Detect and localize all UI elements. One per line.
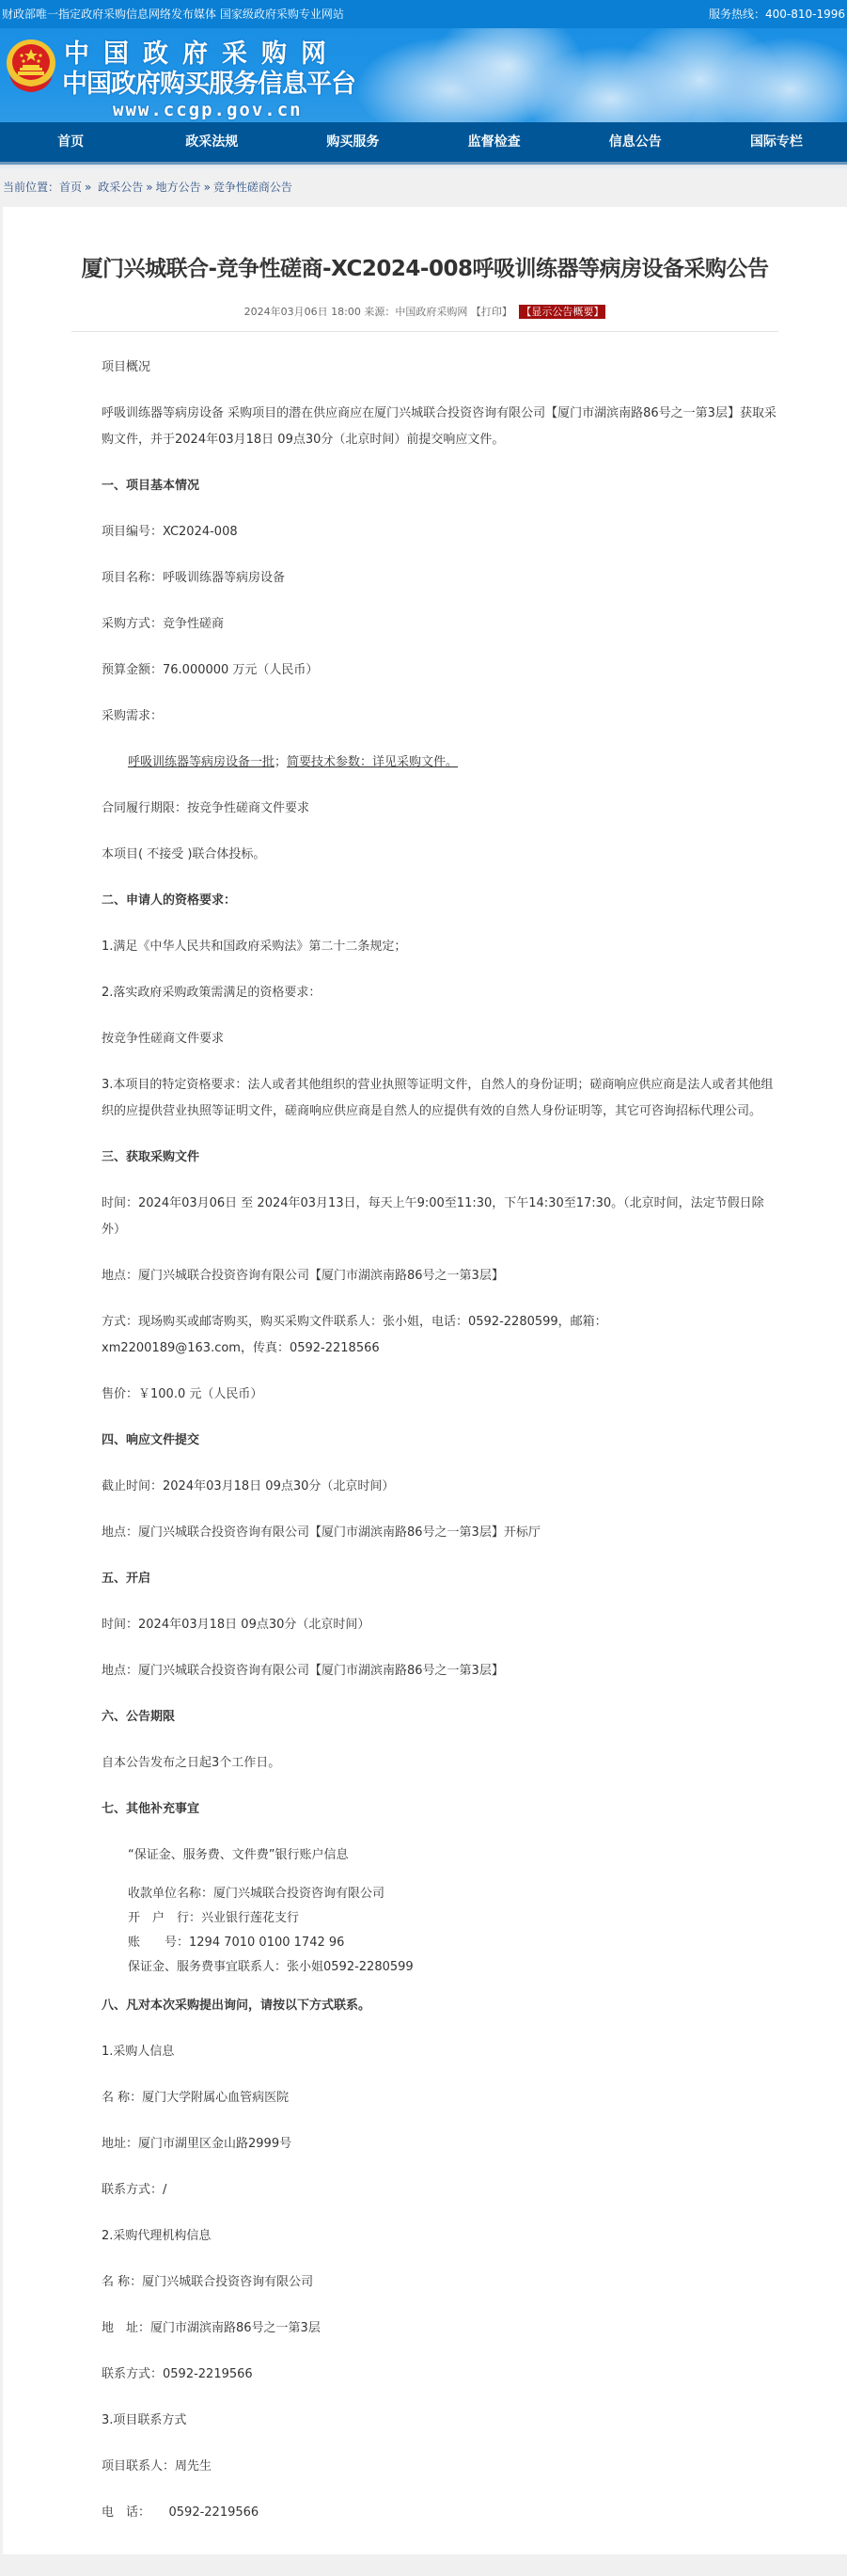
budget-amount: 预算金额：76.000000 万元（人民币） — [102, 657, 776, 684]
purchaser-address: 地址：厦门市湖里区金山路2999号 — [102, 2131, 776, 2157]
national-emblem-icon — [4, 38, 58, 96]
nav-item-regulations[interactable]: 政采法规 — [141, 121, 282, 164]
overview-text: 呼吸训练器等病房设备 采购项目的潜在供应商应在厦门兴城联合投资咨询有限公司【厦门… — [102, 401, 776, 453]
bank-info-title: “保证金、服务费、文件费”银行账户信息 — [102, 1842, 776, 1869]
article-title: 厦门兴城联合-竞争性磋商-XC2024-008呼吸训练器等病房设备采购公告 — [3, 254, 847, 284]
notice-period: 自本公告发布之日起3个工作日。 — [102, 1750, 776, 1777]
breadcrumb-gov-procurement[interactable]: 政采公告 — [98, 181, 143, 194]
main-nav: 首页 政采法规 购买服务 监督检查 信息公告 国际专栏 — [0, 122, 847, 165]
section-5-heading: 五、开启 — [102, 1566, 776, 1592]
breadcrumb-competitive-negotiation[interactable]: 竞争性磋商公告 — [213, 181, 292, 194]
obtain-method: 方式：现场购买或邮寄购买，购买采购文件联系人：张小姐，电话：0592-22805… — [102, 1309, 776, 1362]
requirements-tech-params: 简要技术参数：详见采购文件。 — [287, 755, 458, 769]
submission-deadline: 截止时间：2024年03月18日 09点30分（北京时间） — [102, 1474, 776, 1500]
overview-heading: 项目概况 — [102, 355, 776, 381]
breadcrumb-separator: » — [85, 181, 91, 194]
article-body: 项目概况 呼吸训练器等病房设备 采购项目的潜在供应商应在厦门兴城联合投资咨询有限… — [3, 355, 847, 2526]
nav-item-purchase-services[interactable]: 购买服务 — [282, 121, 423, 164]
agency-name: 名 称：厦门兴城联合投资咨询有限公司 — [102, 2269, 776, 2296]
opening-time: 时间：2024年03月18日 09点30分（北京时间） — [102, 1612, 776, 1638]
section-1-heading: 一、项目基本情况 — [102, 473, 776, 499]
article-card: 厦门兴城联合-竞争性磋商-XC2024-008呼吸训练器等病房设备采购公告 20… — [3, 207, 847, 2554]
breadcrumb-separator: » — [146, 181, 152, 194]
hotline: 服务热线：400-810-1996 — [709, 0, 845, 28]
bank-account: 账 号：1294 7010 0100 1742 96 — [102, 1931, 776, 1955]
print-link[interactable]: 【打印】 — [471, 306, 512, 318]
publish-datetime: 2024年03月06日 18:00 — [244, 306, 361, 318]
section-2-heading: 二、申请人的资格要求： — [102, 888, 776, 914]
breadcrumb-home[interactable]: 首页 — [59, 181, 82, 194]
purchaser-contact: 联系方式：/ — [102, 2177, 776, 2204]
site-banner: 中国政府采购网 中国政府购买服务信息平台 www.ccgp.gov.cn — [0, 28, 847, 122]
bank-payee: 收款单位名称：厦门兴城联合投资咨询有限公司 — [102, 1882, 776, 1906]
section-8-heading: 八、凡对本次采购提出询问，请按以下方式联系。 — [102, 1993, 776, 2019]
obtain-time: 时间：2024年03月06日 至 2024年03月13日，每天上午9:00至11… — [102, 1191, 776, 1243]
site-title: 中国政府采购网 — [64, 40, 340, 70]
project-contact-person: 项目联系人：周先生 — [102, 2454, 776, 2480]
contract-term: 合同履行期限：按竞争性磋商文件要求 — [102, 796, 776, 822]
breadcrumb-local[interactable]: 地方公告 — [156, 181, 201, 194]
article-meta: 2024年03月06日 18:00 来源：中国政府采购网 【打印】 【显示公告概… — [3, 305, 847, 320]
project-number: 项目编号：XC2024-008 — [102, 519, 776, 545]
breadcrumb: 当前位置：首页» 政采公告»地方公告»竞争性磋商公告 — [0, 165, 847, 207]
obtain-place: 地点：厦门兴城联合投资咨询有限公司【厦门市湖滨南路86号之一第3层】 — [102, 1263, 776, 1289]
top-info-bar: 财政部唯一指定政府采购信息网络发布媒体 国家级政府采购专业网站 服务热线：400… — [0, 0, 847, 28]
requirements-label: 采购需求： — [102, 703, 776, 730]
purchaser-info-heading: 1.采购人信息 — [102, 2039, 776, 2065]
qualification-2-detail: 按竞争性磋商文件要求 — [102, 1026, 776, 1052]
breadcrumb-separator: » — [204, 181, 211, 194]
agency-address: 地 址：厦门市湖滨南路86号之一第3层 — [102, 2315, 776, 2342]
bank-name: 开 户 行：兴业银行莲花支行 — [102, 1906, 776, 1931]
project-contact-phone: 电 话： 0592-2219566 — [102, 2500, 776, 2526]
document-price: 售价：￥100.0 元（人民币） — [102, 1382, 776, 1408]
qualification-1: 1.满足《中华人民共和国政府采购法》第二十二条规定； — [102, 934, 776, 960]
breadcrumb-prefix: 当前位置： — [3, 181, 59, 194]
section-7-heading: 七、其他补充事宜 — [102, 1796, 776, 1823]
nav-item-home[interactable]: 首页 — [0, 121, 141, 164]
joint-bid-policy: 本项目( 不接受 )联合体投标。 — [102, 842, 776, 868]
site-tagline: 财政部唯一指定政府采购信息网络发布媒体 国家级政府采购专业网站 — [2, 0, 344, 28]
section-6-heading: 六、公告期限 — [102, 1704, 776, 1731]
site-url: www.ccgp.gov.cn — [113, 100, 303, 120]
section-4-heading: 四、响应文件提交 — [102, 1428, 776, 1454]
article-source: 来源：中国政府采购网 — [364, 306, 467, 318]
nav-item-international[interactable]: 国际专栏 — [706, 121, 847, 164]
qualification-2: 2.落实政府采购政策需满足的资格要求： — [102, 980, 776, 1006]
agency-info-heading: 2.采购代理机构信息 — [102, 2223, 776, 2250]
project-contact-heading: 3.项目联系方式 — [102, 2408, 776, 2434]
procurement-method: 采购方式：竞争性磋商 — [102, 611, 776, 638]
title-divider — [71, 331, 778, 332]
project-name: 项目名称：呼吸训练器等病房设备 — [102, 565, 776, 592]
show-summary-button[interactable]: 【显示公告概要】 — [519, 305, 605, 319]
requirements-detail: 呼吸训练器等病房设备一批；简要技术参数：详见采购文件。 — [102, 750, 776, 776]
section-3-heading: 三、获取采购文件 — [102, 1145, 776, 1171]
qualification-3: 3.本项目的特定资格要求：法人或者其他组织的营业执照等证明文件，自然人的身份证明… — [102, 1072, 776, 1125]
nav-item-announcements[interactable]: 信息公告 — [565, 121, 706, 164]
purchaser-name: 名 称：厦门大学附属心血管病医院 — [102, 2085, 776, 2111]
requirements-item: 呼吸训练器等病房设备一批 — [128, 755, 274, 769]
site-subtitle: 中国政府购买服务信息平台 — [62, 70, 355, 100]
opening-place: 地点：厦门兴城联合投资咨询有限公司【厦门市湖滨南路86号之一第3层】 — [102, 1658, 776, 1684]
agency-contact: 联系方式：0592-2219566 — [102, 2362, 776, 2388]
requirements-separator: ； — [274, 755, 287, 769]
deposit-contact: 保证金、服务费事宜联系人：张小姐0592-2280599 — [102, 1955, 776, 1980]
submission-place: 地点：厦门兴城联合投资咨询有限公司【厦门市湖滨南路86号之一第3层】开标厅 — [102, 1520, 776, 1546]
nav-item-supervision[interactable]: 监督检查 — [424, 121, 565, 164]
